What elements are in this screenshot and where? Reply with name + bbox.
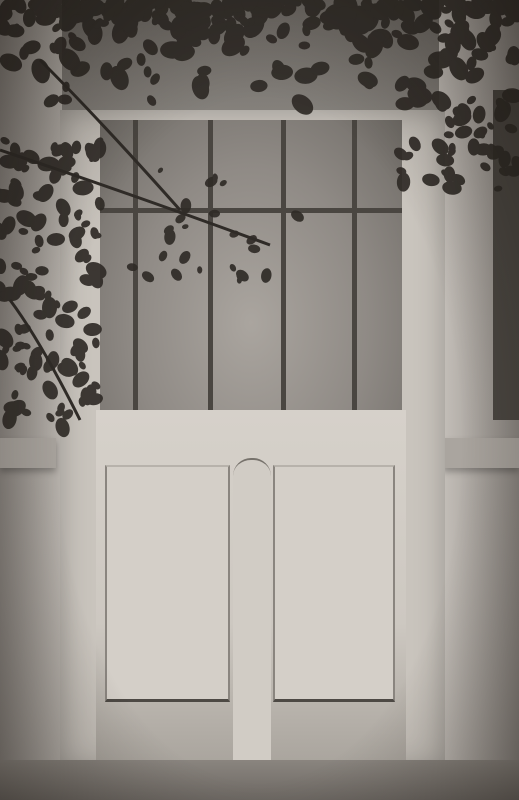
center-stile [233, 458, 271, 760]
photograph: Vintage sepia photograph of a weathered … [0, 0, 519, 800]
right-sill [443, 438, 519, 468]
window-mullion [208, 120, 213, 410]
window-mullion [352, 120, 357, 410]
left-sill [0, 438, 56, 468]
ground [0, 760, 519, 800]
window-mullion [281, 120, 286, 410]
left-wall [0, 0, 62, 800]
right-window-edge [493, 90, 519, 420]
door-panel-left [105, 465, 230, 702]
door-panel-right [273, 465, 395, 702]
window-mullion [133, 120, 138, 410]
window-transom-bar [100, 208, 402, 213]
